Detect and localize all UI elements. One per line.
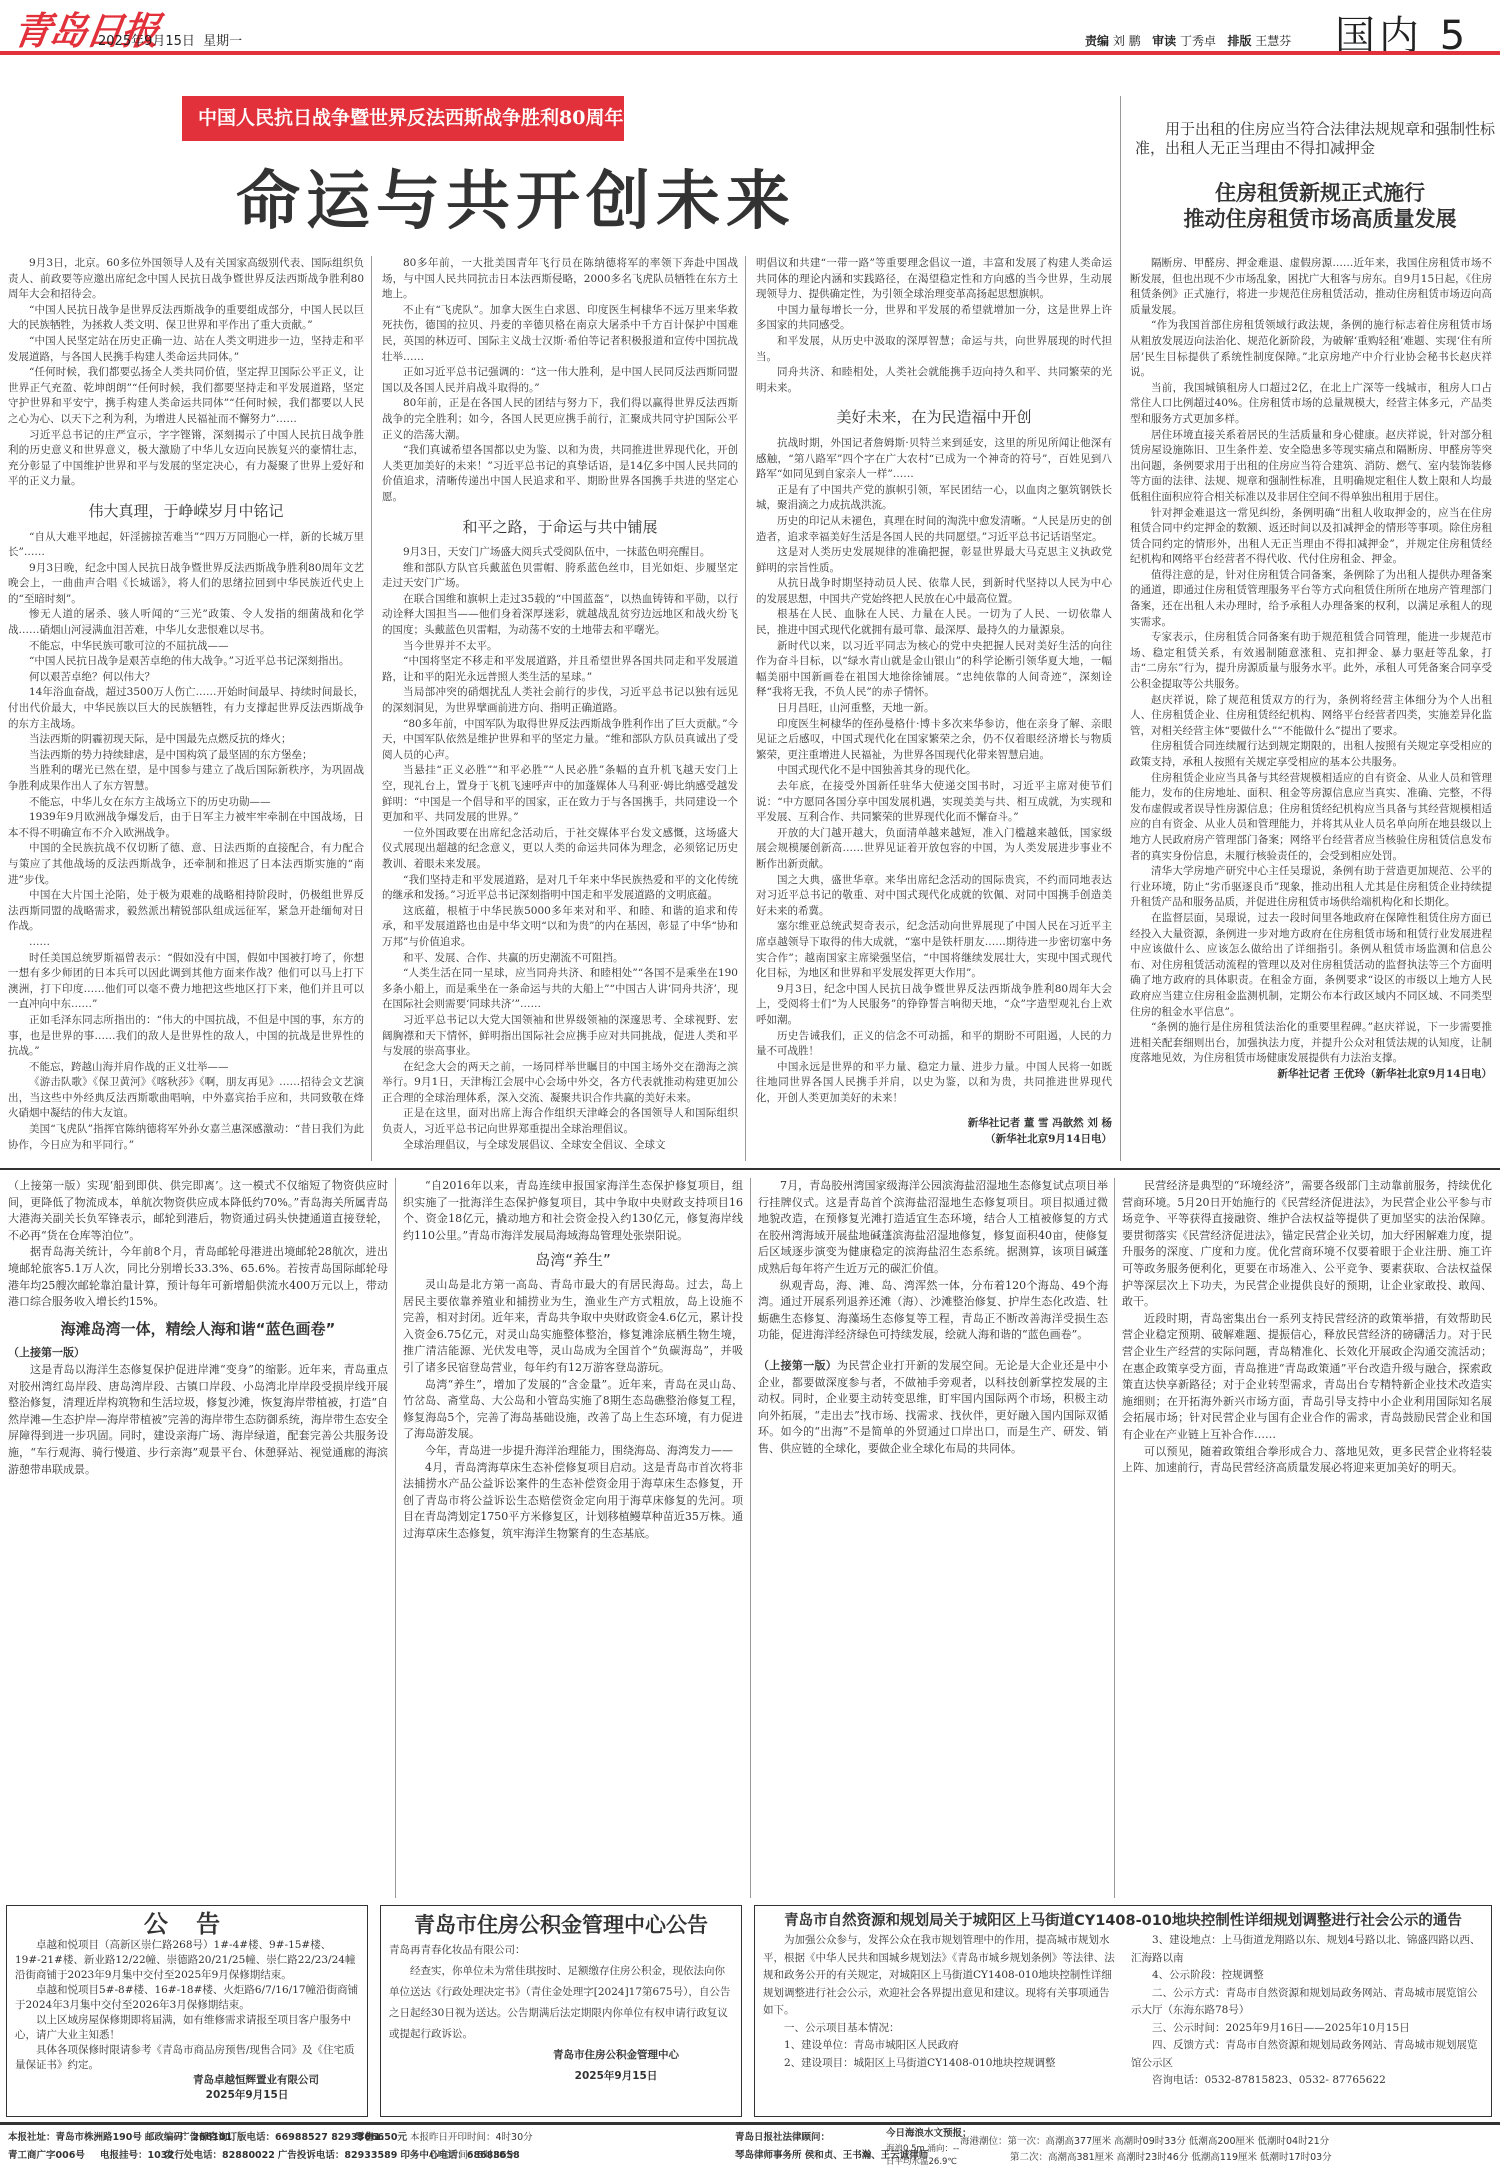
paragraph: 这是对人类历史发展规律的准确把握，彰显世界最大马克思主义执政党鲜明的宗旨性质。: [756, 545, 1112, 576]
wave: 海浪0.5m 涌向：--: [886, 2144, 959, 2154]
paragraph: 习近平总书记的庄严宣示，字字铿锵，深刻揭示了中国人民抗日战争胜利的历史意义和世界…: [8, 428, 364, 490]
paragraph: （上接第一版）实现‘船到即供、供完即离’。这一模式不仅缩短了物资供应时间，更降低…: [8, 1178, 388, 1244]
section-subhead: 美好未来，在为民造福中开创: [756, 410, 1112, 426]
paragraph: 不能忘，中华民族可歌可泣的不屈抗战——: [8, 639, 364, 655]
paragraph: 时任美国总统罗斯福曾表示：“假如没有中国，假如中国被打垮了，你想一想有多少师团的…: [8, 951, 364, 1013]
rental-title-line2: 推动住房租赁市场高质量发展: [1140, 206, 1500, 232]
paragraph: 这是青岛以海洋生态修复保护促进岸滩“变身”的缩影。近年来，青岛重点对胶州湾红岛岸…: [8, 1362, 388, 1478]
paragraph: “任何时候，我们都要弘扬全人类共同价值，坚定捍卫国际公平正义，让世界正气充盈、乾…: [8, 365, 364, 427]
notice-right: 3、建设地点：上马街道龙翔路以东、规划4号路以北、锦盛四路以西、汇海路以南 4、…: [1131, 1932, 1483, 2090]
paragraph: 一位外国政要在出席纪念活动后，于社交媒体平台发文感慨，这场盛大仪式展现出超越的纪…: [382, 826, 738, 873]
paragraph: 卓越和悦项目5#-8#楼、16#-18#楼、火炬路6/7/16/17幢沿街商铺于…: [15, 1983, 359, 2013]
paragraph: 在联合国维和旗帜上走过35载的“中国蓝盔”，以热血铸铸和平勋，以行动诠释大国担当…: [382, 592, 738, 639]
notice-signer: 青岛卓越恒辉置业有限公司: [15, 2073, 359, 2088]
paragraph: 具体各项保修时限请参考《青岛市商品房预售/现售合同》及《住宅质量保证书》约定。: [15, 2043, 359, 2073]
paragraph: 住房租赁合同连续履行达到规定期限的，出租人按照有关规定享受相应的政策支持，承租人…: [1130, 739, 1492, 770]
paragraph: 在纪念大会的两天之前，一场同样举世瞩目的中国主场外交在渤海之滨举行。9月1日，天…: [382, 1060, 738, 1107]
print-end: 印完时间：5时30分: [430, 2150, 515, 2161]
lower-column-2: “自2016年以来，青岛连续申报国家海洋生态保护修复项目，组织实施了一批海洋生态…: [403, 1178, 743, 1898]
notice-addressee: 青岛再青春化妆品有限公司：: [389, 1940, 733, 1961]
paragraph: 不止有“飞虎队”。加拿大医生白求恩、印度医生柯棣华不远万里来华救死扶伤，德国的拉…: [382, 303, 738, 365]
paragraph: 住房租赁企业应当具备与其经营规模相适应的自有资金、从业人员和管理能力，发布的住房…: [1130, 771, 1492, 865]
notice-date: 2025年9月15日: [389, 2066, 733, 2087]
paragraph: 岛湾“养生”，增加了发展的“含金量”。近年来，青岛在灵山岛、竹岔岛、斋堂岛、大公…: [403, 1377, 743, 1443]
paragraph: 纵观青岛，海、滩、岛、湾浑然一体，分布着120个海岛、49个海湾。通过开展系列退…: [758, 1278, 1108, 1344]
paragraph: 当法西斯的势力持续肆虐，是中国构筑了最坚固的东方堡垒；: [8, 748, 364, 764]
paragraph: 不能忘，中华儿女在东方主战场立下的历史功勋——: [8, 795, 364, 811]
issue-date: 2025年9月15日 星期一: [98, 30, 242, 49]
column-divider: [1120, 96, 1121, 1161]
paragraph: 中国的全民族抗战不仅切断了德、意、日法西斯的直接配合，有力配合与策应了其他战场的…: [8, 841, 364, 888]
footer-tide-1: 海港潮位：第一次：高潮高377厘米 高潮时09时33分 低潮高200厘米 低潮时…: [960, 2135, 1329, 2149]
paragraph: “中国人民坚定站在历史正确一边、站在人类文明进步一边，坚持走和平发展道路，与各国…: [8, 334, 364, 365]
water-temp: 日平均水温26.9℃: [886, 2157, 957, 2167]
paragraph: 为加强公众参与，发挥公众在我市规划管理中的作用，提高城市规划水平，根据《中华人民…: [763, 1932, 1115, 2020]
page-footer: 本报社址：青岛市株洲路190号 邮政编码：266101 广告部咨询订版电话：66…: [0, 2122, 1500, 2175]
paragraph: 全球治理倡议，与全球发展倡议、全球安全倡议、全球文: [382, 1138, 738, 1154]
paragraph: 据青岛海关统计，今年前8个月，青岛邮轮母港进出境邮轮28航次，进出境邮轮旅客5.…: [8, 1244, 388, 1310]
paragraph: 日月昌旺，山河重整，天地一新。: [756, 701, 1112, 717]
paragraph: “中国人民抗日战争是艰苦卓绝的伟大战争。”习近平总书记深刻指出。: [8, 654, 364, 670]
layout-role: 排版: [1227, 34, 1251, 48]
paragraph: 经查实，你单位未为常佳琪按时、足额缴存住房公积金，现依法向你单位送达《行政处理决…: [389, 1961, 733, 2045]
rental-subtitle: 用于出租的住房应当符合法律法规规章和强制性标准，出租人无正当理由不得扣减押金: [1135, 120, 1500, 158]
lower-column-3: 7月，青岛胶州湾国家级海洋公园滨海盐沼湿地生态修复试点项目举行挂牌仪式。这是青岛…: [758, 1178, 1108, 1898]
paragraph: ……: [8, 935, 364, 951]
dateline: （新华社北京9月14日电）: [756, 1132, 1112, 1148]
address: 本报社址：青岛市株洲路190号: [8, 2132, 142, 2143]
continued-label: （上接第一版）: [758, 1359, 837, 1372]
paragraph: 明倡议和共建“一带一路”等重要理念倡议一道，丰富和发展了构建人类命运共同体的理论…: [756, 256, 1112, 303]
notice-planning: 青岛市自然资源和规划局关于城阳区上马街道CY1408-010地块控制性详细规划调…: [754, 1905, 1492, 2117]
notice-title: 青岛市自然资源和规划局关于城阳区上马街道CY1408-010地块控制性详细规划调…: [763, 1910, 1483, 1932]
paragraph: “中国人民抗日战争是世界反法西斯战争的重要组成部分，中国人民以巨大的民族牺牲，为…: [8, 303, 364, 334]
paragraph: “80多年前，中国军队为取得世界反法西斯战争胜利作出了巨大贡献。”今天，中国军队…: [382, 717, 738, 764]
lead-banner: 中国人民抗日战争暨世界反法西斯战争胜利80周年纪念活动启示录: [182, 96, 624, 141]
paragraph: 80年前，正是在各国人民的团结与努力下，我们得以赢得世界反法西斯战争的完全胜利；…: [382, 396, 738, 443]
paragraph: 中国在大片国土沦陷，处于极为艰难的战略相持阶段时，仍极组世界反法西斯同盟的战略需…: [8, 888, 364, 935]
notice-item: 1、建设单位：青岛市城阳区人民政府: [763, 2037, 1115, 2055]
column-divider: [395, 1178, 396, 1898]
paragraph: 值得注意的是，针对住房租赁合同备案，条例除了为出租人提供办理备案的通道，即通过住…: [1130, 568, 1492, 630]
footer-water-temp: 日平均水温26.9℃: [886, 2155, 957, 2169]
paragraph: 《游击队歌》《保卫黄河》《喀秋莎》《啊，朋友再见》……招待会文艺演出，当这些中外…: [8, 1075, 364, 1122]
notice-title: 公 告: [15, 1910, 359, 1938]
lower-column-1: （上接第一版）实现‘船到即供、供完即离’。这一模式不仅缩短了物资供应时间，更降低…: [8, 1178, 388, 1898]
paragraph: 当前，我国城镇租房人口超过2亿，在北上广深等一线城市，租房人口占常住人口比例超过…: [1130, 381, 1492, 428]
paragraph: “自2016年以来，青岛连续申报国家海洋生态保护修复项目，组织实施了一批海洋生态…: [403, 1178, 743, 1244]
paragraph: 隔断房、甲醛房、押金难退、虚假房源……近年来，我国住房租赁市场不断发展，但也出现…: [1130, 256, 1492, 318]
footer-ad-phone: 广告部咨询订版电话：66988527 82933666: [180, 2131, 384, 2145]
paragraph: 当悬挂“正义必胜”“和平必胜”“人民必胜”条幅的直升机飞越天安门上空，现礼台上，…: [382, 763, 738, 825]
editor-credits: 责编 刘 鹏 审读 丁秀卓 排版 王慧芬: [1085, 32, 1291, 49]
paragraph: 灵山岛是北方第一高岛、青岛市最大的有居民海岛。过去，岛上居民主要依靠养殖业和捕捞…: [403, 1277, 743, 1377]
paragraph: 新时代以来，以习近平同志为核心的党中央把握人民对美好生活的向往作为奋斗目标，以“…: [756, 639, 1112, 701]
paragraph: 惨无人道的屠杀、骇人听闻的“三光”政策、令人发指的细菌战和化学战……硝烟山河浸满…: [8, 607, 364, 638]
paragraph: 民营经济是典型的“环境经济”，需要各级部门主动靠前服务，持续优化营商环境。5月2…: [1122, 1178, 1492, 1311]
paragraph: 赵庆祥说，除了规范租赁双方的行为，条例将经营主体细分为个人出租人、住房租赁企业、…: [1130, 693, 1492, 740]
notice-warranty: 公 告 卓越和悦项目（高新区崇仁路268号）1#-4#楼、9#-15#楼、19#…: [6, 1905, 368, 2117]
paragraph: 历史告诫我们，正义的信念不可动摇，和平的期盼不可阻遏，人民的力量不可战胜！: [756, 1029, 1112, 1060]
paragraph: 根基在人民、血脉在人民、力量在人民。一切为了人民、一切依靠人民，推进中国式现代化…: [756, 607, 1112, 638]
column-divider: [371, 256, 372, 1161]
lower-column-4: 民营经济是典型的“环境经济”，需要各级部门主动靠前服务，持续优化营商环境。5月2…: [1122, 1178, 1492, 1898]
notice-item: 4、公示阶段：控规调整: [1131, 1967, 1483, 1985]
price: 零售1.50元: [355, 2132, 407, 2143]
paragraph: 从抗日战争时期坚持动员人民、依靠人民，到新时代坚持以人民为中心的发展思想，中国共…: [756, 576, 1112, 607]
paragraph: 国之大典，盛世华章。来华出席纪念活动的国际贵宾，不约而同地表达对习近平总书记的敬…: [756, 873, 1112, 920]
notice-title: 青岛市住房公积金管理中心公告: [389, 1910, 733, 1940]
paragraph: 习近平总书记以大党大国领袖和世界级领袖的深邃思考、全球视野、宏阔胸襟和天下情怀，…: [382, 1013, 738, 1060]
paragraph: 和平发展，从历史中汲取的深厚智慧；命运与共，向世界展现的时代担当。: [756, 334, 1112, 365]
paragraph: 历史的印记从未褪色，真理在时间的淘洗中愈发清晰。“人民是历史的创造者，追求幸福美…: [756, 514, 1112, 545]
paragraph: “条例的施行是住房租赁法治化的重要里程碑。”赵庆祥说，下一步需要推进相关配套细则…: [1130, 1020, 1492, 1067]
paragraph: 80多年前，一大批美国青年飞行员在陈纳德将军的率领下奔赴中国战场，与中国人民共同…: [382, 256, 738, 303]
layout-name: 王慧芬: [1255, 34, 1291, 48]
paragraph: 近段时期，青岛密集出台一系列支持民营经济的政策举措，有效帮助民营企业稳定预期、破…: [1122, 1311, 1492, 1444]
footer-wave: 海浪0.5m 涌向：--: [886, 2142, 959, 2156]
paragraph: 这底蕴，根植于中华民族5000多年来对和平、和睦、和谐的追求和传承，和平发展道路…: [382, 904, 738, 951]
footer-forecast-title: 今日海浪水文预报：: [886, 2127, 972, 2141]
dist-phone: 发行处电话：82880022: [165, 2150, 275, 2161]
paragraph: 正是有了中国共产党的旗帜引领，军民团结一心，以血肉之躯筑钢铁长城，聚涓滴之力成抗…: [756, 483, 1112, 514]
forecast-title: 今日海浪水文预报：: [886, 2128, 972, 2139]
paragraph: 今年，青岛进一步提升海洋治理能力，围绕海岛、海湾发力——: [403, 1443, 743, 1460]
footer-print-end: 印完时间：5时30分: [430, 2149, 515, 2163]
paragraph: 当法西斯的阴霾初现天际，是中国最先点燃反抗的烽火；: [8, 732, 364, 748]
paragraph: 正是在这里，面对出席上海合作组织天津峰会的各国领导人和国际组织负责人，习近平总书…: [382, 1106, 738, 1137]
paragraph: 维和部队方队官兵戴蓝色贝雷帽、胯系蓝色丝巾，目光如炬、步履坚定走过天安门广场。: [382, 561, 738, 592]
column-divider: [1114, 1178, 1115, 1898]
notice-item: 三、公示时间：2025年9月16日——2025年10月15日: [1131, 2020, 1483, 2038]
telegraph: 电报挂号：1032: [100, 2150, 174, 2161]
section-rule: [0, 1168, 1500, 1170]
notice-item: 咨询电话：0532-87815823、0532- 87765622: [1131, 2072, 1483, 2090]
footer-price: 零售1.50元 本报昨日开印时间：4时30分: [355, 2131, 533, 2145]
paragraph: 专家表示，住房租赁合同备案有助于规范租赁合同管理，能进一步规范市场、稳定租赁关系…: [1130, 630, 1492, 692]
paragraph: 14年浴血奋战，超过3500万人伤亡……开始时间最早、持续时间最长，付出代价最大…: [8, 685, 364, 732]
paragraph: 1939年9月欧洲战争爆发后，由于日军主力被牢牢牵制在中国战场，日本不得不明确宣…: [8, 810, 364, 841]
footer-tide-2: 第二次：高潮高381厘米 高潮时23时46分 低潮高119厘米 低潮时17时03…: [1010, 2151, 1332, 2165]
rental-title: 住房租赁新规正式施行 推动住房租赁市场高质量发展: [1140, 180, 1500, 232]
notice-item: 2、建设项目：城阳区上马街道CY1408-010地块控规调整: [763, 2055, 1115, 2073]
footer-legal: 青岛日报社法律顾问：: [735, 2131, 830, 2145]
notice-left: 为加强公众参与，发挥公众在我市规划管理中的作用，提高城市规划水平，根据《中华人民…: [763, 1932, 1115, 2090]
license: 青工商广字006号: [8, 2150, 85, 2161]
editor-role: 责编: [1085, 34, 1109, 48]
lead-column-3: 明倡议和共建“一带一路”等重要理念倡议一道，丰富和发展了构建人类命运共同体的理论…: [756, 256, 1112, 1161]
column-divider: [750, 1178, 751, 1898]
complaint-phone: 广告投诉电话：82933589: [278, 2150, 397, 2161]
ad-phone: 广告部咨询订版电话：66988527 82933666: [180, 2132, 384, 2143]
paragraph: 中国永远是世界的和平力量、稳定力量、进步力量。中国人民将一如既往地同世界各国人民…: [756, 1060, 1112, 1107]
paragraph: 印度医生柯棣华的侄孙曼格什·博卡多次来华参访，他在亲身了解、亲眼见证之后感叹，中…: [756, 717, 1112, 764]
print-start: 本报昨日开印时间：4时30分: [410, 2132, 533, 2143]
byline: 新华社记者 王优玲（新华社北京9月14日电）: [1130, 1067, 1492, 1083]
paragraph: “人类生活在同一星球，应当同舟共济、和睦相处”“各国不是乘坐在190多条小船上，…: [382, 966, 738, 1013]
paragraph: 何以艰苦卓绝？何以伟大？: [8, 670, 364, 686]
paragraph: 居住环境直接关系着居民的生活质量和身心健康。赵庆祥说，针对部分租赁房屋设施陈旧、…: [1130, 428, 1492, 506]
paragraph: 卓越和悦项目（高新区崇仁路268号）1#-4#楼、9#-15#楼、19#-21#…: [15, 1938, 359, 1983]
paragraph: “中国将坚定不移走和平发展道路，并且希望世界各国共同走和平发展道路，让和平的阳光…: [382, 654, 738, 685]
notice-body: 为加强公众参与，发挥公众在我市规划管理中的作用，提高城市规划水平，根据《中华人民…: [763, 1932, 1483, 2090]
paragraph: 在监督层面，吴璟说，过去一段时间里各地政府在保障性租赁住房方面已经投入大量资源，…: [1130, 911, 1492, 1020]
paragraph: 不能忘，跨越山海并肩作战的正义壮举——: [8, 1060, 364, 1076]
notice-date: 2025年9月15日: [15, 2088, 359, 2103]
notice-item: 二、公示方式：青岛市自然资源和规划局政务网站、青岛城市展览馆公示大厅（东海东路7…: [1131, 1985, 1483, 2020]
paragraph: “自从大难平地起，奸淫掳掠苦难当”“四万万同胞心一样，新的长城万里长”……: [8, 530, 364, 561]
lead-column-1: 9月3日，北京。60多位外国领导人及有关国家高级别代表、国际组织负责人、前政要等…: [8, 256, 364, 1161]
masthead-rule: [0, 51, 1500, 55]
paragraph: 清华大学房地产研究中心主任吴璟说，条例有助于营造更加规范、公平的行业环境，防止“…: [1130, 864, 1492, 911]
beach-story-title: 海滩岛湾一体，精绘人海和谐“蓝色画卷”: [8, 1321, 388, 1338]
paragraph: 塞尔维亚总统武契奇表示，纪念活动向世界展现了中国人民在习近平主席卓越领导下取得的…: [756, 919, 1112, 981]
section-subhead: 和平之路，于命运与共中铺展: [382, 520, 738, 536]
section-subhead: 伟大真理，于峥嵘岁月中铭记: [8, 504, 364, 520]
paragraph: 开放的大门越开越大，负面清单越来越短，准入门槛越来越低，国家级展会规模屡创新高……: [756, 826, 1112, 873]
paragraph: 以上区域房屋保修期即将届满，如有维修需求请报至项目客户服务中心，请广大业主知悉！: [15, 2013, 359, 2043]
paragraph: 9月3日，天安门广场盛大阅兵式受阅队伍中，一抹蓝色明亮醒目。: [382, 545, 738, 561]
paragraph: 抗战时期，外国记者詹姆斯·贝特兰来到延安，这里的所见所闻让他深有感触，“第八路军…: [756, 436, 1112, 483]
notice-item: 3、建设地点：上马街道龙翔路以东、规划4号路以北、锦盛四路以西、汇海路以南: [1131, 1932, 1483, 1967]
tide-1: 海港潮位：第一次：高潮高377厘米 高潮时09时33分 低潮高200厘米 低潮时…: [960, 2136, 1329, 2147]
editor-name: 刘 鹏: [1113, 34, 1141, 48]
footer-telegraph: 电报挂号：1032: [100, 2149, 174, 2163]
date-text: 2025年9月15日: [98, 34, 195, 49]
paragraph: 当局部冲突的硝烟扰乱人类社会前行的步伐，习近平总书记以独有远见的深刻洞见，为世界…: [382, 685, 738, 716]
paragraph: 可以预见，随着政策组合拳形成合力、落地见效，更多民营企业将轻装上阵、加速前行，青…: [1122, 1444, 1492, 1477]
paragraph: 去年底，在接受外国新任驻华大使递交国书时，习近平主席对使节们说：“中方愿同各国分…: [756, 779, 1112, 826]
legal-label: 青岛日报社法律顾问：: [735, 2132, 830, 2143]
lead-column-2: 80多年前，一大批美国青年飞行员在陈纳德将军的率领下奔赴中国战场，与中国人民共同…: [382, 256, 738, 1161]
proofreader-role: 审读: [1152, 34, 1176, 48]
paragraph: 美国“飞虎队”指挥官陈纳德将军外孙女嘉兰惠深感激动：“昔日我们为此协作，今日应为…: [8, 1122, 364, 1153]
paragraph: “我们真诚希望各国都以史为鉴、以和为贵，共同推进世界现代化，开创人类更加美好的未…: [382, 443, 738, 505]
weekday-text: 星期一: [203, 34, 242, 49]
paragraph: 4月，青岛湾海草床生态补偿修复项目启动。这是青岛市首次将非法捕捞水产品公益诉讼案…: [403, 1460, 743, 1543]
paragraph: 9月3日晚，纪念中国人民抗日战争暨世界反法西斯战争胜利80周年文艺晚会上，一曲曲…: [8, 561, 364, 608]
paragraph: 中国力量每增长一分，世界和平发展的希望就增加一分，这是世界上许多国家的共同感受。: [756, 303, 1112, 334]
paragraph: 9月3日，北京。60多位外国领导人及有关国家高级别代表、国际组织负责人、前政要等…: [8, 256, 364, 303]
notice-item: 四、反馈方式：青岛市自然资源和规划局政务网站、青岛城市规划展览馆公示区: [1131, 2037, 1483, 2072]
paragraph: 和平、发展、合作、共赢的历史潮流不可阻挡。: [382, 951, 738, 967]
paragraph: （上接第一版）为民营企业打开新的发展空间。无论是大企业还是中小企业，都要做深度参…: [758, 1358, 1108, 1458]
paragraph: 中国式现代化不是中国独善其身的现代化。: [756, 763, 1112, 779]
rental-title-line1: 住房租赁新规正式施行: [1140, 180, 1500, 206]
paragraph: “作为我国首部住房租赁领域行政法规，条例的施行标志着住房租赁市场从粗放发展迈向法…: [1130, 318, 1492, 380]
footer-license: 青工商广字006号: [8, 2149, 85, 2163]
paragraph: 正如习近平总书记强调的：“这一伟大胜利，是中国人民同反法西斯同盟国以及各国人民并…: [382, 365, 738, 396]
paragraph: 当今世界并不太平。: [382, 639, 738, 655]
tide-2: 第二次：高潮高381厘米 高潮时23时46分 低潮高119厘米 低潮时17时03…: [1010, 2152, 1332, 2163]
byline: 新华社记者 董 雪 冯歆然 刘 杨: [756, 1116, 1112, 1132]
notice-item: 一、公示项目基本情况：: [763, 2020, 1115, 2038]
paragraph-text: 为民营企业打开新的发展空间。无论是大企业还是中小企业，都要做深度参与者，不做袖手…: [758, 1359, 1108, 1455]
notice-housing-fund: 青岛市住房公积金管理中心公告 青岛再青春化妆品有限公司： 经查实，你单位未为常佳…: [380, 1905, 742, 2117]
section-subhead: 岛湾“养生”: [403, 1252, 743, 1269]
rental-story-body: 隔断房、甲醛房、押金难退、虚假房源……近年来，我国住房租赁市场不断发展，但也出现…: [1130, 256, 1492, 1161]
paragraph: 9月3日，纪念中国人民抗日战争暨世界反法西斯战争胜利80周年大会上，受阅将士们“…: [756, 982, 1112, 1029]
notice-signer: 青岛市住房公积金管理中心: [389, 2045, 733, 2066]
paragraph: 同舟共济、和睦相处，人类社会就能携手迈向持久和平、共同繁荣的光明未来。: [756, 365, 1112, 396]
paragraph: 7月，青岛胶州湾国家级海洋公园滨海盐沼湿地生态修复试点项目举行挂牌仪式。这是青岛…: [758, 1178, 1108, 1278]
column-divider: [745, 256, 746, 1161]
paragraph: 正如毛泽东同志所指出的：“伟大的中国抗战，不但是中国的事，东方的事，也是世界的事…: [8, 1013, 364, 1060]
paragraph: “我们坚持走和平发展道路，是对几千年来中华民族热爱和平的文化传统的继承和发扬。”…: [382, 873, 738, 904]
proofreader-name: 丁秀卓: [1180, 34, 1216, 48]
lead-headline: 命运与共开创未来: [236, 150, 796, 242]
paragraph: 针对押金难退这一常见纠纷，条例明确“出租人收取押金的，应当在住房租赁合同中约定押…: [1130, 506, 1492, 568]
paragraph: 当胜利的曙光已然在望，是中国参与建立了战后国际新秩序，为巩固战争胜利成果作出人了…: [8, 763, 364, 794]
continued-label: （上接第一版）: [8, 1345, 388, 1362]
